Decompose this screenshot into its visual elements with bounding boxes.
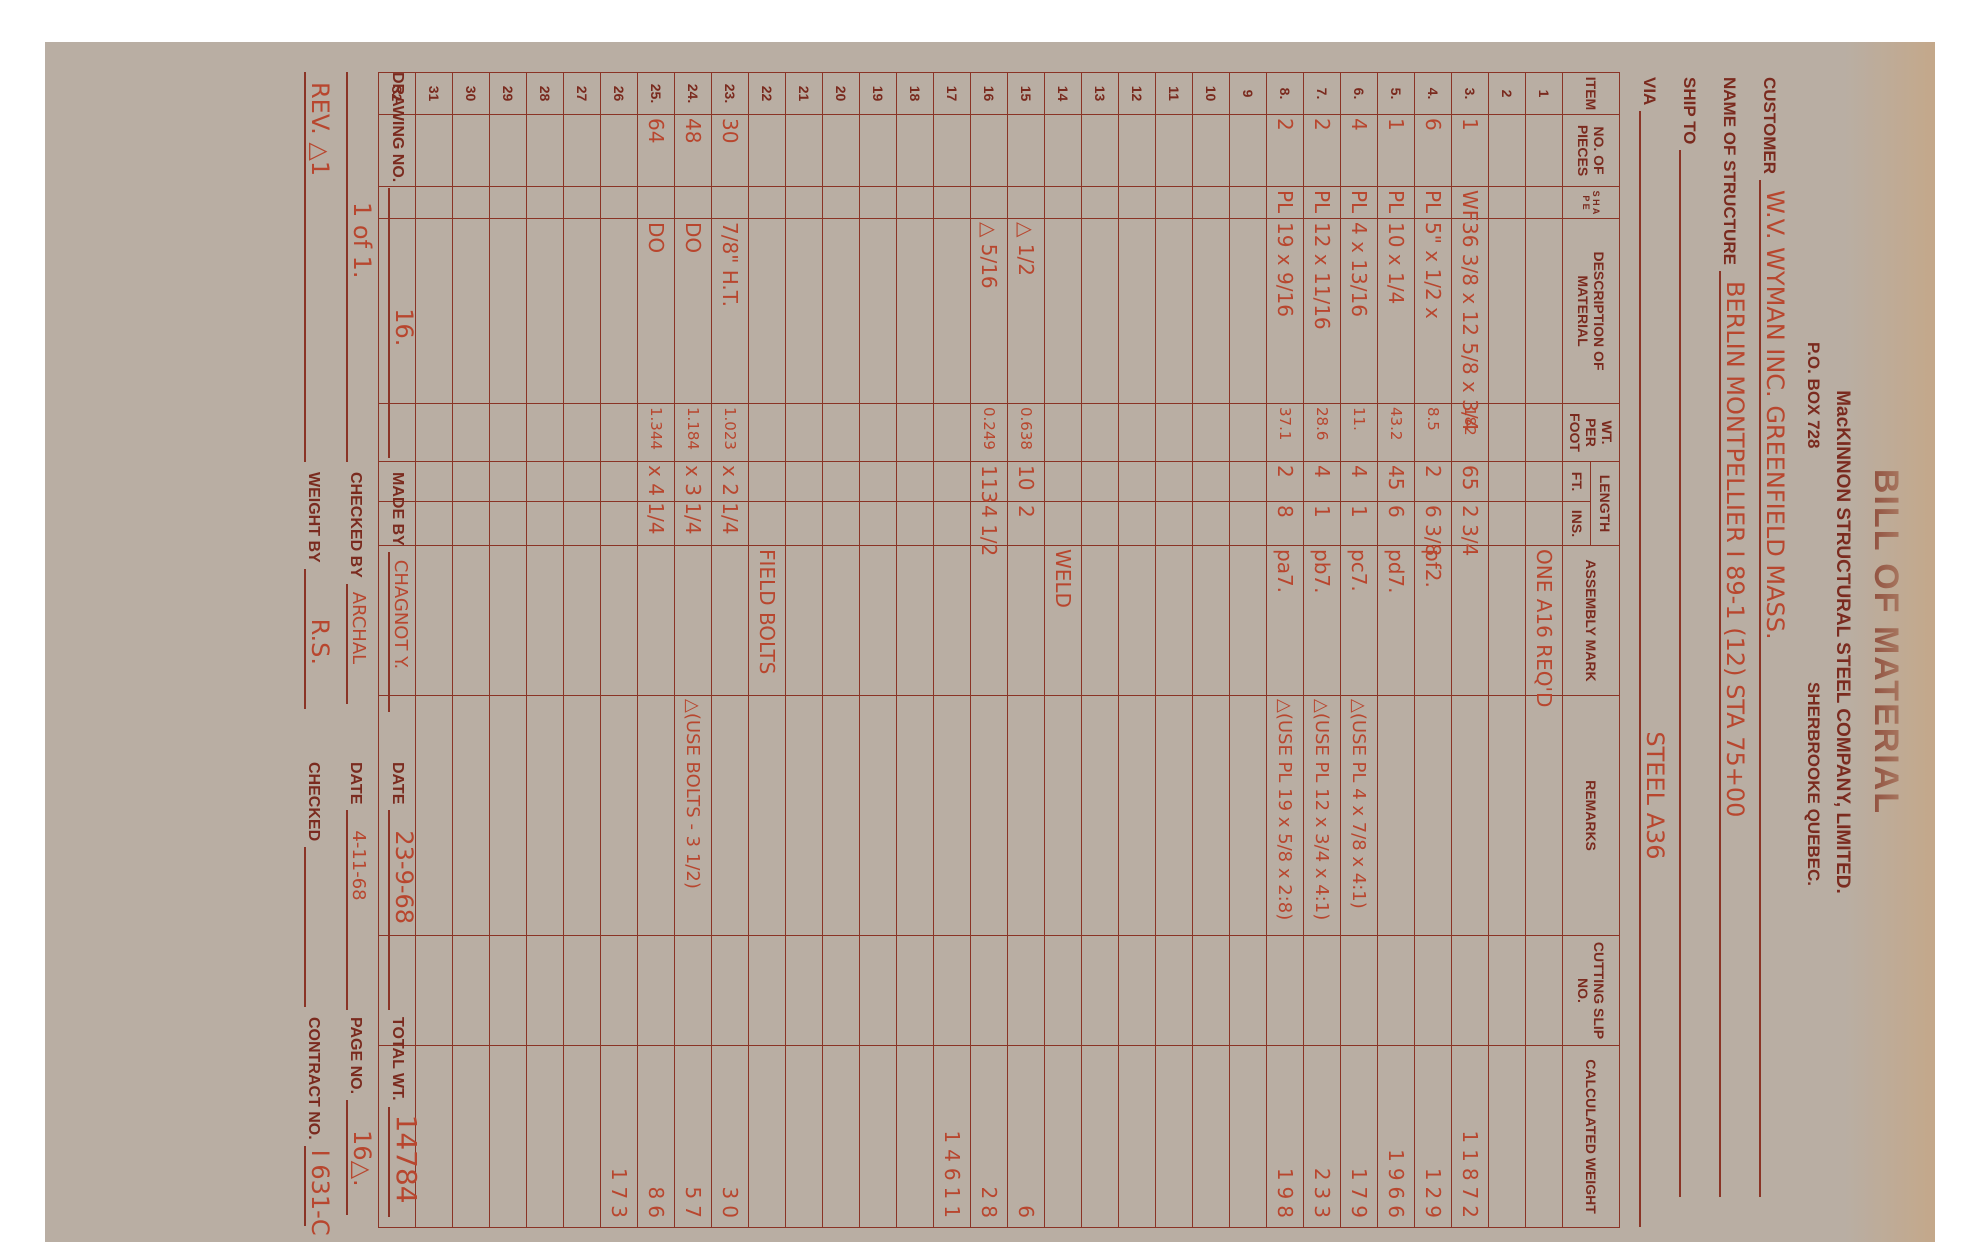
wt-per-foot-cell: 43.2 <box>1377 404 1414 462</box>
item-cell: 19 <box>859 73 896 115</box>
length-ft-cell: x 4 1/4 <box>637 462 674 502</box>
description-cell: 12 x 11/16 <box>1303 219 1340 404</box>
length-ft-cell <box>1488 462 1525 502</box>
item-cell: 14 <box>1044 73 1081 115</box>
shape-cell <box>785 187 822 219</box>
remarks-cell-value: △(USE PL 19 x 5/8 x 2:8) <box>1274 699 1295 920</box>
length-ins-cell <box>452 502 489 546</box>
length-ft-cell: 10 <box>1007 462 1044 502</box>
wt-per-foot-cell <box>563 404 600 462</box>
form-title: BILL OF MATERIAL <box>1866 42 1905 1242</box>
wt-per-foot-cell-value: 43.2 <box>1387 407 1405 440</box>
table-row: 10 <box>1192 73 1229 1228</box>
length-ft-cell: 2 <box>1266 462 1303 502</box>
cutting-slip-cell <box>1377 936 1414 1046</box>
length-ins-cell <box>822 502 859 546</box>
description-cell <box>896 219 933 404</box>
wt-per-foot-cell-value: 1.344 <box>647 407 665 450</box>
length-ins-cell <box>896 502 933 546</box>
cutting-slip-cell <box>1525 936 1562 1046</box>
length-ins-cell <box>415 502 452 546</box>
description-cell-value: 4 x 13/16 <box>1347 222 1371 317</box>
scanned-document: BILL OF MATERIAL MacKINNON STRUCTURAL ST… <box>45 42 1935 1242</box>
calculated-weight-cell-value: 233 <box>1310 1049 1334 1224</box>
length-ft-cell <box>859 462 896 502</box>
description-cell-value: △ 5/16 <box>977 222 1001 289</box>
table-row: 19 <box>859 73 896 1228</box>
checked-by-label: CHECKED BY <box>346 472 364 578</box>
length-ft-cell-value: 4 <box>1347 465 1371 478</box>
calculated-weight-cell-value: 198 <box>1273 1049 1297 1224</box>
table-header-row: ITEM NO. OF PIECES S H A P E DESCRIPTION… <box>1591 73 1620 1228</box>
remarks-cell-value: △(USE PL 4 x 7/8 x 4:1) <box>1348 699 1369 909</box>
length-ft-cell <box>1081 462 1118 502</box>
shape-cell <box>452 187 489 219</box>
length-ft-cell <box>563 462 600 502</box>
pieces-cell <box>563 115 600 187</box>
description-cell <box>1488 219 1525 404</box>
assembly-mark-cell: FIELD BOLTS <box>748 546 785 696</box>
length-ins-cell-value: 6 <box>1384 505 1408 518</box>
wt-per-foot-cell: 28.6 <box>1303 404 1340 462</box>
drawing-no-value: 16. <box>390 308 418 346</box>
assembly-mark-cell <box>1081 546 1118 696</box>
made-by-label: MADE BY <box>388 472 406 546</box>
length-ins-cell: 8 <box>1266 502 1303 546</box>
cutting-slip-cell <box>1414 936 1451 1046</box>
made-by-value: CHAGNOT Y. <box>390 560 411 669</box>
length-ft-cell <box>1525 462 1562 502</box>
length-ins-cell <box>859 502 896 546</box>
pieces-cell <box>526 115 563 187</box>
checked-field: CHECKED <box>304 762 336 1007</box>
assembly-mark-cell: WELD <box>1044 546 1081 696</box>
calculated-weight-cell: 198 <box>1266 1046 1303 1228</box>
table-row: 27 <box>563 73 600 1228</box>
length-ins-cell <box>526 502 563 546</box>
pieces-cell-value: 64 <box>644 118 668 143</box>
checked-by-field: CHECKED BY ARCHAL <box>346 472 378 704</box>
description-cell: 10 x 1/4 <box>1377 219 1414 404</box>
shape-cell-value: WF <box>1458 190 1482 221</box>
assembly-mark-cell <box>822 546 859 696</box>
shape-cell <box>1118 187 1155 219</box>
calculated-weight-cell: 179 <box>1340 1046 1377 1228</box>
cutting-slip-cell <box>415 936 452 1046</box>
wt-per-foot-cell: 1.344 <box>637 404 674 462</box>
remarks-cell <box>1007 696 1044 936</box>
description-cell <box>748 219 785 404</box>
remarks-cell <box>859 696 896 936</box>
length-ins-cell: 4 1/2 <box>970 502 1007 546</box>
remarks-cell <box>1525 696 1562 936</box>
description-cell <box>1081 219 1118 404</box>
calculated-weight-cell: 30 <box>711 1046 748 1228</box>
cutting-slip-cell <box>748 936 785 1046</box>
assembly-mark-cell <box>563 546 600 696</box>
page-no-label: PAGE NO. <box>346 1017 364 1094</box>
description-cell-value: 19 x 9/16 <box>1273 222 1297 317</box>
item-cell: 13 <box>1081 73 1118 115</box>
bill-of-material-form: BILL OF MATERIAL MacKINNON STRUCTURAL ST… <box>45 42 1935 1242</box>
item-cell: 5. <box>1377 73 1414 115</box>
assembly-mark-cell <box>711 546 748 696</box>
assembly-mark-cell: pf2. <box>1414 546 1451 696</box>
wt-per-foot-cell <box>600 404 637 462</box>
description-cell <box>563 219 600 404</box>
description-cell: 19 x 9/16 <box>1266 219 1303 404</box>
pieces-cell: 2 <box>1266 115 1303 187</box>
length-ins-cell <box>748 502 785 546</box>
remarks-cell <box>1414 696 1451 936</box>
pieces-cell-value: 30 <box>718 118 742 143</box>
pieces-cell: 1 <box>1377 115 1414 187</box>
assembly-mark-cell-value: pb7. <box>1310 549 1334 593</box>
length-ft-cell <box>600 462 637 502</box>
item-cell: 12 <box>1118 73 1155 115</box>
remarks-cell <box>1229 696 1266 936</box>
calculated-weight-cell <box>822 1046 859 1228</box>
col-calculated-weight: CALCULATED WEIGHT <box>1562 1046 1619 1228</box>
date-made-field: DATE 23-9-68 <box>388 762 420 1010</box>
length-ins-cell-value: 4 1/2 <box>977 505 1001 556</box>
col-assembly-mark: ASSEMBLY MARK <box>1562 546 1619 696</box>
assembly-mark-cell <box>452 546 489 696</box>
date-checked-value: 4-11-68 <box>348 830 369 900</box>
calculated-weight-cell-value: 14611 <box>940 1049 964 1224</box>
length-ins-cell-value: 2 3/4 <box>1458 505 1482 556</box>
description-cell <box>526 219 563 404</box>
pieces-cell <box>1229 115 1266 187</box>
length-ins-cell-value: 1 <box>1347 505 1371 518</box>
pieces-cell <box>1118 115 1155 187</box>
assembly-mark-cell <box>674 546 711 696</box>
pieces-cell: 2 <box>1303 115 1340 187</box>
calculated-weight-cell-value: 30 <box>718 1049 742 1224</box>
item-cell: 16 <box>970 73 1007 115</box>
calculated-weight-cell: 86 <box>637 1046 674 1228</box>
wt-per-foot-cell: 11. <box>1340 404 1377 462</box>
wt-per-foot-cell-value: 37.1 <box>1276 407 1294 440</box>
col-description: DESCRIPTION OF MATERIAL <box>1562 219 1619 404</box>
shape-cell <box>822 187 859 219</box>
shape-cell <box>1155 187 1192 219</box>
cutting-slip-cell <box>452 936 489 1046</box>
customer-label: CUSTOMER <box>1759 77 1779 174</box>
wt-per-foot-cell <box>415 404 452 462</box>
description-cell: △ 1/2 <box>1007 219 1044 404</box>
shape-cell <box>637 187 674 219</box>
calculated-weight-cell-value: 28 <box>977 1049 1001 1224</box>
table-row: 9 <box>1229 73 1266 1228</box>
table-row: 23.307/8" H.T.1.023x 2 1/430 <box>711 73 748 1228</box>
remarks-cell <box>1044 696 1081 936</box>
length-ins-cell <box>1488 502 1525 546</box>
assembly-mark-cell-value: pf2. <box>1421 549 1445 588</box>
description-cell <box>785 219 822 404</box>
table-row: 29 <box>489 73 526 1228</box>
wt-per-foot-cell <box>452 404 489 462</box>
wt-per-foot-cell-value: 8.5 <box>1424 407 1442 431</box>
pieces-cell <box>748 115 785 187</box>
remarks-cell: △(USE PL 4 x 7/8 x 4:1) <box>1340 696 1377 936</box>
cutting-slip-cell <box>859 936 896 1046</box>
shape-cell <box>526 187 563 219</box>
length-ins-cell <box>1118 502 1155 546</box>
cutting-slip-cell <box>711 936 748 1046</box>
cutting-slip-cell <box>933 936 970 1046</box>
description-cell-value: 5" x 1/2 x <box>1421 222 1445 319</box>
wt-per-foot-cell-value: 1.184 <box>684 407 702 450</box>
table-row: 1ONE A16 REQ'D <box>1525 73 1562 1228</box>
table-row: 26173 <box>600 73 637 1228</box>
calculated-weight-cell <box>748 1046 785 1228</box>
length-ft-cell-value: x 4 1/4 <box>644 465 668 534</box>
shape-cell <box>1229 187 1266 219</box>
length-ins-cell <box>1525 502 1562 546</box>
calculated-weight-cell: 14611 <box>933 1046 970 1228</box>
description-cell <box>489 219 526 404</box>
pieces-cell: 64 <box>637 115 674 187</box>
calculated-weight-cell-value: 6 <box>1014 1049 1038 1224</box>
remarks-cell <box>1192 696 1229 936</box>
assembly-mark-cell <box>933 546 970 696</box>
calculated-weight-cell-value: 179 <box>1347 1049 1371 1224</box>
length-ft-cell: 4 <box>1340 462 1377 502</box>
pieces-cell <box>896 115 933 187</box>
assembly-mark-cell: ONE A16 REQ'D <box>1525 546 1562 696</box>
checked-label: CHECKED <box>304 762 322 841</box>
calculated-weight-cell <box>1488 1046 1525 1228</box>
item-cell: 4. <box>1414 73 1451 115</box>
drawing-sheet-field: 1 of 1. <box>346 72 378 462</box>
length-ft-cell <box>415 462 452 502</box>
pieces-cell <box>1007 115 1044 187</box>
shape-cell <box>933 187 970 219</box>
length-ins-cell: 1 <box>1303 502 1340 546</box>
shape-cell-value: PL <box>1310 190 1334 213</box>
cutting-slip-cell <box>1340 936 1377 1046</box>
drawing-no-field: DRAWING NO. 16. <box>388 72 420 458</box>
length-ins-cell: 1 <box>1340 502 1377 546</box>
length-ft-cell <box>526 462 563 502</box>
total-weight-label: TOTAL WT. <box>388 1017 406 1101</box>
cutting-slip-cell <box>637 936 674 1046</box>
wt-per-foot-cell: 37.1 <box>1266 404 1303 462</box>
description-cell: 5" x 1/2 x <box>1414 219 1451 404</box>
wt-per-foot-cell: 0.249 <box>970 404 1007 462</box>
assembly-mark-cell <box>1155 546 1192 696</box>
description-cell-value: 12 x 11/16 <box>1310 222 1334 330</box>
description-cell: 4 x 13/16 <box>1340 219 1377 404</box>
item-cell: 10 <box>1192 73 1229 115</box>
wt-per-foot-cell <box>1229 404 1266 462</box>
shape-cell <box>563 187 600 219</box>
calculated-weight-cell <box>1192 1046 1229 1228</box>
wt-per-foot-cell: 8.5 <box>1414 404 1451 462</box>
weight-by-label: WEIGHT BY <box>304 472 322 563</box>
item-cell: 22 <box>748 73 785 115</box>
shape-cell <box>600 187 637 219</box>
contract-no-field: CONTRACT NO. I 631-C <box>304 1017 336 1226</box>
shape-cell <box>674 187 711 219</box>
assembly-mark-cell <box>600 546 637 696</box>
length-ft-cell <box>822 462 859 502</box>
remarks-cell <box>1377 696 1414 936</box>
item-cell: 23. <box>711 73 748 115</box>
table-row: 18 <box>896 73 933 1228</box>
table-row: 3.1WF36 3/8 x 12 5/8 x 3/4182652 3/41187… <box>1451 73 1488 1228</box>
pieces-cell: 48 <box>674 115 711 187</box>
wt-per-foot-cell-value: 182 <box>1461 407 1479 436</box>
table-row: 4.6PL5" x 1/2 x8.526 3/8pf2.129 <box>1414 73 1451 1228</box>
calculated-weight-cell <box>1044 1046 1081 1228</box>
total-weight-value: 14784 <box>390 1115 423 1204</box>
col-shape: S H A P E <box>1562 187 1619 219</box>
calculated-weight-cell: 129 <box>1414 1046 1451 1228</box>
cutting-slip-cell <box>822 936 859 1046</box>
calculated-weight-cell <box>526 1046 563 1228</box>
via-label: VIA <box>1639 77 1659 105</box>
shape-cell: PL <box>1414 187 1451 219</box>
description-cell <box>1229 219 1266 404</box>
cutting-slip-cell <box>1118 936 1155 1046</box>
wt-per-foot-cell: 0.638 <box>1007 404 1044 462</box>
remarks-cell <box>970 696 1007 936</box>
table-row: 31 <box>415 73 452 1228</box>
calculated-weight-cell-value: 173 <box>607 1049 631 1224</box>
pieces-cell <box>1155 115 1192 187</box>
cutting-slip-cell <box>674 936 711 1046</box>
calculated-weight-cell-value: 11872 <box>1458 1049 1482 1224</box>
shape-cell <box>1007 187 1044 219</box>
calculated-weight-cell <box>1081 1046 1118 1228</box>
length-ins-cell <box>785 502 822 546</box>
item-cell: 30 <box>452 73 489 115</box>
description-cell: DO <box>637 219 674 404</box>
calculated-weight-cell: 6 <box>1007 1046 1044 1228</box>
company-name: MacKINNON STRUCTURAL STEEL COMPANY, LIMI… <box>1831 42 1853 1242</box>
table-row: 5.1PL10 x 1/443.2456pd7.1966 <box>1377 73 1414 1228</box>
weight-by-value: R.S. <box>306 619 334 665</box>
item-cell: 1 <box>1525 73 1562 115</box>
length-ins-cell <box>1044 502 1081 546</box>
description-cell: DO <box>674 219 711 404</box>
item-cell: 29 <box>489 73 526 115</box>
contract-no-label: CONTRACT NO. <box>304 1017 322 1140</box>
table-row: 24.48DO1.184x 3 1/4△(USE BOLTS - 3 1/2)5… <box>674 73 711 1228</box>
assembly-mark-cell <box>785 546 822 696</box>
assembly-mark-cell <box>1451 546 1488 696</box>
calculated-weight-cell-value: 1966 <box>1384 1049 1408 1224</box>
length-ins-cell <box>563 502 600 546</box>
description-cell <box>600 219 637 404</box>
length-ft-cell-value: 2 <box>1421 465 1445 478</box>
total-weight-field: TOTAL WT. 14784 <box>388 1017 420 1217</box>
structure-value: BERLIN MONTPELLIER I 89-1 (12) STA 75+00 <box>1721 281 1749 817</box>
pieces-cell-value: 2 <box>1273 118 1297 131</box>
remarks-cell <box>489 696 526 936</box>
via-field: VIA STEEL A36 <box>1639 77 1667 1227</box>
length-ft-cell-value: 113 <box>977 465 1001 503</box>
table-row: 30 <box>452 73 489 1228</box>
remarks-cell <box>748 696 785 936</box>
cutting-slip-cell <box>526 936 563 1046</box>
pieces-cell: 4 <box>1340 115 1377 187</box>
assembly-mark-cell <box>489 546 526 696</box>
wt-per-foot-cell <box>896 404 933 462</box>
remarks-cell <box>1451 696 1488 936</box>
wt-per-foot-cell: 1.184 <box>674 404 711 462</box>
date-checked-field: DATE 4-11-68 <box>346 762 378 1010</box>
item-cell: 26 <box>600 73 637 115</box>
description-cell <box>1192 219 1229 404</box>
drawing-sheet-value: 1 of 1. <box>348 202 376 279</box>
shape-cell <box>859 187 896 219</box>
pieces-cell-value: 2 <box>1310 118 1334 131</box>
item-cell: 15 <box>1007 73 1044 115</box>
calculated-weight-cell: 233 <box>1303 1046 1340 1228</box>
item-cell: 24. <box>674 73 711 115</box>
table-row: 25.64DO1.344x 4 1/486 <box>637 73 674 1228</box>
date-checked-label: DATE <box>346 762 364 804</box>
shape-cell <box>896 187 933 219</box>
assembly-mark-cell <box>970 546 1007 696</box>
table-row: 14WELD <box>1044 73 1081 1228</box>
assembly-mark-cell <box>415 546 452 696</box>
length-ft-cell <box>1155 462 1192 502</box>
remarks-cell: △(USE PL 12 x 3/4 x 4:1) <box>1303 696 1340 936</box>
cutting-slip-cell <box>1007 936 1044 1046</box>
pieces-cell-value: 48 <box>681 118 705 143</box>
cutting-slip-cell <box>563 936 600 1046</box>
calculated-weight-cell: 57 <box>674 1046 711 1228</box>
table-row: 28 <box>526 73 563 1228</box>
length-ins-cell: 2 <box>1007 502 1044 546</box>
length-ins-cell <box>489 502 526 546</box>
assembly-mark-cell: pc7. <box>1340 546 1377 696</box>
remarks-cell <box>711 696 748 936</box>
cutting-slip-cell <box>1488 936 1525 1046</box>
item-cell: 9 <box>1229 73 1266 115</box>
remarks-cell <box>896 696 933 936</box>
description-cell <box>822 219 859 404</box>
remarks-cell <box>1118 696 1155 936</box>
wt-per-foot-cell: 1.023 <box>711 404 748 462</box>
shape-cell <box>748 187 785 219</box>
calculated-weight-cell-value: 86 <box>644 1049 668 1224</box>
col-wt-per-foot: WT. PER FOOT <box>1562 404 1619 462</box>
calculated-weight-cell <box>1118 1046 1155 1228</box>
cutting-slip-cell <box>1192 936 1229 1046</box>
table-row: 16△ 5/160.2491134 1/228 <box>970 73 1007 1228</box>
length-ins-cell <box>933 502 970 546</box>
item-cell: 2 <box>1488 73 1525 115</box>
customer-value: W.V. WYMAN INC. GREENFIELD MASS. <box>1761 190 1789 640</box>
col-length: LENGTH <box>1591 462 1620 546</box>
assembly-mark-cell <box>1118 546 1155 696</box>
length-ft-cell: 2 <box>1414 462 1451 502</box>
table-row: 22FIELD BOLTS <box>748 73 785 1228</box>
description-cell <box>415 219 452 404</box>
weight-by-field: WEIGHT BY R.S. <box>304 472 336 709</box>
table-row: 21 <box>785 73 822 1228</box>
wt-per-foot-cell <box>933 404 970 462</box>
length-ins-cell <box>600 502 637 546</box>
assembly-mark-cell <box>1229 546 1266 696</box>
table-row: 15△ 1/20.6381026 <box>1007 73 1044 1228</box>
length-ins-cell: 6 3/8 <box>1414 502 1451 546</box>
